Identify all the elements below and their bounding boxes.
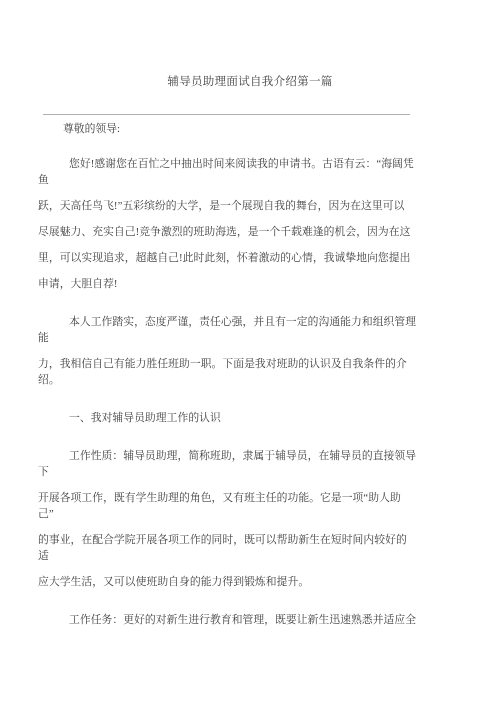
horizontal-divider xyxy=(43,114,410,115)
text-line: 力，我相信自己有能力胜任班助一职。下面是我对班助的认识及自我条件的介 xyxy=(38,356,468,372)
text-line: 申请，大胆自荐! xyxy=(38,276,468,292)
text-line: 您好!感谢您在百忙之中抽出时间来阅读我的申请书。古语有云：“海阔凭 xyxy=(38,156,468,172)
paragraph-block: 里，可以实现追求，超越自己!此时此刻，怀着激动的心情，我诚挚地向您提出 xyxy=(38,250,468,266)
paragraph-block: 工作性质：辅导员助理，简称班助，隶属于辅导员，在辅导员的直接领导下 xyxy=(38,448,468,480)
text-line: 跃，天高任鸟飞!”五彩缤纷的大学，是一个展现自我的舞台，因为在这里可以 xyxy=(38,198,468,214)
text-line: 下 xyxy=(38,464,468,480)
paragraph-block: 的事业，在配合学院开展各项工作的同时，既可以帮助新生在短时间内较好的适 xyxy=(38,532,468,564)
paragraph-block: 本人工作踏实，态度严谨，责任心强，并且有一定的沟通能力和组织管理能 xyxy=(38,314,468,346)
document-page: 辅导员助理面试自我介绍第一篇 尊敬的领导: 您好!感谢您在百忙之中抽出时间来阅读… xyxy=(0,0,500,708)
text-line: 工作任务：更好的对新生进行教育和管理，既要让新生迅速熟悉并适应全 xyxy=(38,612,468,628)
paragraph-block: 跃，天高任鸟飞!”五彩缤纷的大学，是一个展现自我的舞台，因为在这里可以 xyxy=(38,198,468,214)
text-line: 一、我对辅导员助理工作的认识 xyxy=(38,410,468,426)
paragraph-block: 应大学生活，又可以使班助自身的能力得到锻炼和提升。 xyxy=(38,574,468,590)
text-line: 绍。 xyxy=(38,372,468,388)
text-line: 开展各项工作，既有学生助理的角色，又有班主任的功能。它是一项“助人助 xyxy=(38,490,468,506)
text-line: 应大学生活，又可以使班助自身的能力得到锻炼和提升。 xyxy=(38,574,468,590)
text-line: 的事业，在配合学院开展各项工作的同时，既可以帮助新生在短时间内较好的 xyxy=(38,532,468,548)
text-line: 适 xyxy=(38,548,468,564)
paragraph-block: 力，我相信自己有能力胜任班助一职。下面是我对班助的认识及自我条件的介绍。 xyxy=(38,356,468,388)
paragraph-block: 工作任务：更好的对新生进行教育和管理，既要让新生迅速熟悉并适应全 xyxy=(38,612,468,628)
text-line: 工作性质：辅导员助理，简称班助，隶属于辅导员，在辅导员的直接领导 xyxy=(38,448,468,464)
salutation-line: 尊敬的领导: xyxy=(63,121,120,137)
paragraph-block: 申请，大胆自荐! xyxy=(38,276,468,292)
paragraph-block: 尽展魅力、充实自己!竞争激烈的班助海选，是一个千载难逢的机会，因为在这 xyxy=(38,224,468,240)
paragraph-block: 您好!感谢您在百忙之中抽出时间来阅读我的申请书。古语有云：“海阔凭鱼 xyxy=(38,156,468,188)
text-line: 尽展魅力、充实自己!竞争激烈的班助海选，是一个千载难逢的机会，因为在这 xyxy=(38,224,468,240)
text-line: 本人工作踏实，态度严谨，责任心强，并且有一定的沟通能力和组织管理 xyxy=(38,314,468,330)
paragraph-block: 开展各项工作，既有学生助理的角色，又有班主任的功能。它是一项“助人助己” xyxy=(38,490,468,522)
text-line: 里，可以实现追求，超越自己!此时此刻，怀着激动的心情，我诚挚地向您提出 xyxy=(38,250,468,266)
paragraph-block: 一、我对辅导员助理工作的认识 xyxy=(38,410,468,426)
text-line: 鱼 xyxy=(38,172,468,188)
document-body: 您好!感谢您在百忙之中抽出时间来阅读我的申请书。古语有云：“海阔凭鱼跃，天高任鸟… xyxy=(38,156,468,638)
page-title: 辅导员助理面试自我介绍第一篇 xyxy=(0,74,500,90)
text-line: 能 xyxy=(38,330,468,346)
text-line: 己” xyxy=(38,506,468,522)
